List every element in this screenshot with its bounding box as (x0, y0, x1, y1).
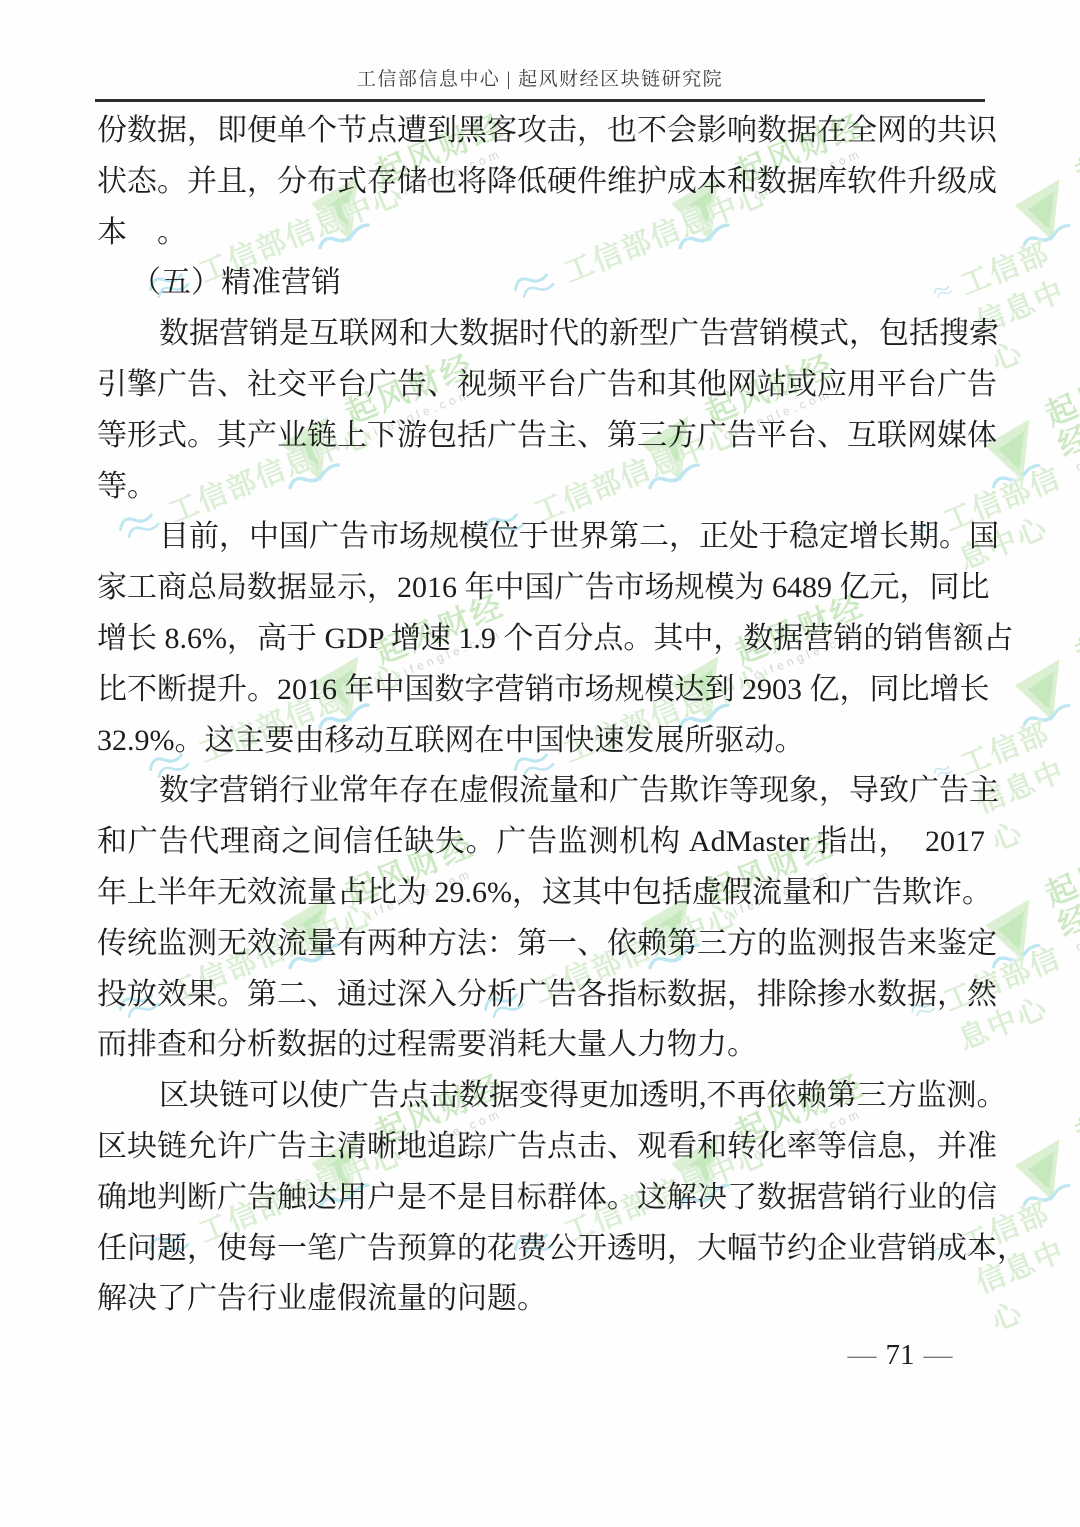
qifeng-brand-text: 起风财经 (1071, 594, 1080, 702)
qifeng-domain-text: qifengle.com (1066, 896, 1080, 957)
qifeng-watermark: 起风财经 qifengle.com (1001, 598, 1080, 747)
text-line: 引擎广告、社交平台广告、视频平台广告和其他网站或应用平台广告 (97, 360, 985, 411)
text-line: 传统监测无效流量有两种方法：第一、依赖第三方的监测报告来鉴定 (97, 919, 985, 970)
text-line: 区块链可以使广告点击数据变得更加透明,不再依赖第三方监测。 (97, 1071, 985, 1122)
document-page: 起风财经 qifengle.com 起风财经 qifengle.com 起风财经 (0, 0, 1080, 1527)
qifeng-watermark: 起风财经 qifengle.com (1001, 1078, 1080, 1227)
qifeng-watermark-text: 起风财经 qifengle.com (1071, 1074, 1080, 1197)
text-line: 等。 (97, 462, 985, 513)
text-line: 确地判断广告触达用户是不是目标群体。这解决了数据营销行业的信 (97, 1173, 985, 1224)
qifeng-triangle-logo-icon (1001, 1129, 1080, 1221)
qifeng-watermark-text: 起风财经 qifengle.com (1071, 594, 1080, 717)
text-line: 家工商总局数据显示，2016 年中国广告市场规模为 6489 亿元，同比 (97, 563, 985, 614)
text-line: 和广告代理商之间信任缺失。广告监测机构 AdMaster 指出， 2017 (97, 817, 985, 868)
text-line: 数据营销是互联网和大数据时代的新型广告营销模式，包括搜索 (97, 309, 985, 360)
qifeng-brand-text: 起风财经 (1071, 1074, 1080, 1182)
page-number-dash-left: — (839, 1339, 886, 1371)
header-divider (95, 99, 985, 102)
text-line: 而排查和分析数据的过程需要消耗大量人力物力。 (97, 1020, 985, 1071)
qifeng-brand-text: 起风财经 (1041, 354, 1080, 462)
page-number-row: —71— (835, 1339, 965, 1372)
text-line: 数字营销行业常年存在虚假流量和广告欺诈等现象，导致广告主 (97, 766, 985, 817)
qifeng-brand-text: 起风财经 (1071, 114, 1080, 222)
text-line: 份数据，即便单个节点遭到黑客攻击，也不会影响数据在全网的共识 (97, 106, 985, 157)
text-line: 解决了广告行业虚假流量的问题。 (97, 1274, 985, 1325)
qifeng-watermark: 起风财经 qifengle.com (971, 838, 1080, 987)
text-line: 任问题，使每一笔广告预算的花费公开透明，大幅节约企业营销成本， (97, 1224, 985, 1275)
text-line: 32.9%。这主要由移动互联网在中国快速发展所驱动。 (97, 716, 985, 767)
text-line: 状态。并且，分布式存储也将降低硬件维护成本和数据库软件升级成 (97, 157, 985, 208)
text-line: 年上半年无效流量占比为 29.6%，这其中包括虚假流量和广告欺诈。 (97, 868, 985, 919)
text-line: 增长 8.6%，高于 GDP 增速 1.9 个百分点。其中，数据营销的销售额占 (97, 614, 985, 665)
qifeng-watermark-text: 起风财经 qifengle.com (1071, 114, 1080, 237)
text-line: 等形式。其产业链上下游包括广告主、第三方广告平台、互联网媒体 (97, 411, 985, 462)
text-line: 投放效果。第二、通过深入分析广告各指标数据，排除掺水数据，然 (97, 970, 985, 1021)
qifeng-watermark-text: 起风财经 qifengle.com (1041, 834, 1080, 957)
page-number-dash-right: — (915, 1339, 962, 1371)
text-line: 比不断提升。2016 年中国数字营销市场规模达到 2903 亿，同比增长 (97, 665, 985, 716)
page-number: 71 (886, 1339, 915, 1371)
text-line: 本 。 (97, 208, 985, 259)
text-line: 目前，中国广告市场规模位于世界第二，正处于稳定增长期。国 (97, 512, 985, 563)
qifeng-domain-text: qifengle.com (1066, 416, 1080, 477)
qifeng-watermark: 起风财经 qifengle.com (1001, 118, 1080, 267)
qifeng-triangle-logo-icon (1001, 169, 1080, 261)
qifeng-triangle-logo-icon (1001, 649, 1080, 741)
qifeng-brand-text: 起风财经 (1041, 834, 1080, 942)
section-heading-line: （五）精准营销 (97, 258, 985, 309)
qifeng-watermark-text: 起风财经 qifengle.com (1041, 354, 1080, 477)
body-text-block: 份数据，即便单个节点遭到黑客攻击，也不会影响数据在全网的共识状态。并且，分布式存… (97, 106, 985, 1325)
page-header-title: 工信部信息中心 | 起风财经区块链研究院 (0, 64, 1080, 91)
text-line: 区块链允许广告主清晰地追踪广告点击、观看和转化率等信息，并准 (97, 1122, 985, 1173)
